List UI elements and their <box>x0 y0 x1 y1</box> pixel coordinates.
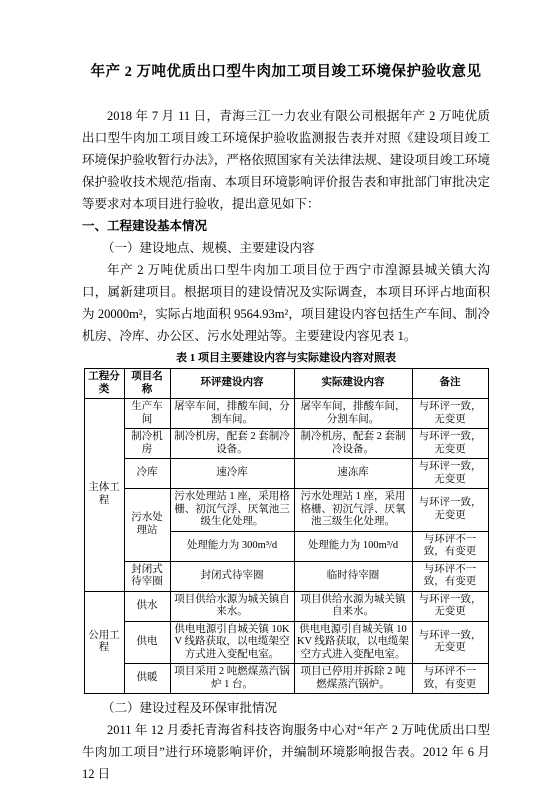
table-caption: 表 1 项目主要建设内容与实际建设内容对照表 <box>82 351 490 366</box>
actual-content-cell: 临时待宰圈 <box>294 561 412 591</box>
construction-comparison-table: 工程分类 项目名称 环评建设内容 实际建设内容 备注 主体工程 生产车间 屠宰车… <box>84 368 489 694</box>
actual-content-cell: 项目已停用并拆除 2 吨燃煤蒸汽锅炉。 <box>294 664 412 694</box>
eia-content-cell: 处理能力为 300m³/d <box>170 531 294 561</box>
remark-cell: 与环评一致，无变更 <box>412 399 488 429</box>
col-header-category: 工程分类 <box>84 369 124 399</box>
actual-content-cell: 屠宰车间，排酸车间，分割车间。 <box>294 399 412 429</box>
project-name-cell: 生产车间 <box>124 399 170 429</box>
table-row: 供暖 项目采用 2 吨燃煤蒸汽锅炉 1 台。 项目已停用并拆除 2 吨燃煤蒸汽锅… <box>84 664 488 694</box>
table-row: 主体工程 生产车间 屠宰车间，排酸车间，分割车间。 屠宰车间，排酸车间，分割车间… <box>84 399 488 429</box>
table-row: 冷库 速冷库 速冻库 与环评一致，无变更 <box>84 459 488 489</box>
remark-cell: 与环评一致，无变更 <box>412 621 488 664</box>
remark-cell: 与环评不一致，有变更 <box>412 531 488 561</box>
table-row: 制冷机房 制冷机房，配套 2 套制冷设备。 制冷机房，配套 2 套制冷设备。 与… <box>84 429 488 459</box>
actual-content-cell: 速冻库 <box>294 459 412 489</box>
remark-cell: 与环评一致，无变更 <box>412 459 488 489</box>
project-name-cell: 供暖 <box>124 664 170 694</box>
project-name-cell: 供电 <box>124 621 170 664</box>
table-row: 封闭式待宰圈 封闭式待宰圈 临时待宰圈 与环评不一致，有变更 <box>84 561 488 591</box>
table-row: 污水处理站 污水处理站 1 座，采用格栅、初沉气浮、厌氧池三级生化处理。 污水处… <box>84 489 488 532</box>
section-1-heading: 一、工程建设基本情况 <box>82 215 490 237</box>
eia-content-cell: 供电电源引自城关镇 10KV 线路获取，以电缆架空方式进入变配电室。 <box>170 621 294 664</box>
category-cell-main: 主体工程 <box>84 399 124 592</box>
project-name-cell: 制冷机房 <box>124 429 170 459</box>
category-cell-utility: 公用工程 <box>84 591 124 694</box>
table-row: 供电 供电电源引自城关镇 10KV 线路获取，以电缆架空方式进入变配电室。 供电… <box>84 621 488 664</box>
document-page: 年产 2 万吨优质出口型牛肉加工项目竣工环境保护验收意见 2018 年 7 月 … <box>0 0 560 791</box>
eia-content-cell: 项目采用 2 吨燃煤蒸汽锅炉 1 台。 <box>170 664 294 694</box>
eia-content-cell: 制冷机房，配套 2 套制冷设备。 <box>170 429 294 459</box>
section-1-1-heading: （一）建设地点、规模、主要建设内容 <box>82 237 490 259</box>
project-name-cell: 污水处理站 <box>124 489 170 562</box>
remark-cell: 与环评不一致，有变更 <box>412 561 488 591</box>
project-name-cell: 供水 <box>124 591 170 621</box>
col-header-project-name: 项目名称 <box>124 369 170 399</box>
actual-content-cell: 污水处理站 1 座，采用格栅、初沉气浮、厌氧池三级生化处理。 <box>294 489 412 532</box>
location-paragraph: 年产 2 万吨优质出口型牛肉加工项目位于西宁市湟源县城关镇大沟口，属新建项目。根… <box>82 259 490 347</box>
section-1-2-heading: （二）建设过程及环保审批情况 <box>82 697 490 719</box>
table-row: 公用工程 供水 项目供给水源为城关镇自来水。 项目供给水源为城关镇自来水。 与环… <box>84 591 488 621</box>
table-header-row: 工程分类 项目名称 环评建设内容 实际建设内容 备注 <box>84 369 488 399</box>
approval-paragraph: 2011 年 12 月委托青海省科技咨询服务中心对“年产 2 万吨优质出口型牛肉… <box>82 719 490 785</box>
eia-content-cell: 封闭式待宰圈 <box>170 561 294 591</box>
eia-content-cell: 屠宰车间，排酸车间，分割车间。 <box>170 399 294 429</box>
actual-content-cell: 项目供给水源为城关镇自来水。 <box>294 591 412 621</box>
page-title: 年产 2 万吨优质出口型牛肉加工项目竣工环境保护验收意见 <box>82 62 490 82</box>
project-name-cell: 封闭式待宰圈 <box>124 561 170 591</box>
project-name-cell: 冷库 <box>124 459 170 489</box>
col-header-eia-content: 环评建设内容 <box>170 369 294 399</box>
remark-cell: 与环评一致，无变更 <box>412 429 488 459</box>
actual-content-cell: 供电电源引自城关镇 10KV 线路获取，以电缆架空方式进入变配电室。 <box>294 621 412 664</box>
actual-content-cell: 处理能力为 100m³/d <box>294 531 412 561</box>
remark-cell: 与环评一致，无变更 <box>412 489 488 532</box>
eia-content-cell: 污水处理站 1 座，采用格栅、初沉气浮、厌氧池三级生化处理。 <box>170 489 294 532</box>
actual-content-cell: 制冷机房，配套 2 套制冷设备。 <box>294 429 412 459</box>
remark-cell: 与环评一致，无变更 <box>412 591 488 621</box>
eia-content-cell: 速冷库 <box>170 459 294 489</box>
intro-paragraph: 2018 年 7 月 11 日，青海三江一力农业有限公司根据年产 2 万吨优质出… <box>82 105 490 215</box>
remark-cell: 与环评不一致，有变更 <box>412 664 488 694</box>
col-header-remark: 备注 <box>412 369 488 399</box>
col-header-actual-content: 实际建设内容 <box>294 369 412 399</box>
eia-content-cell: 项目供给水源为城关镇自来水。 <box>170 591 294 621</box>
